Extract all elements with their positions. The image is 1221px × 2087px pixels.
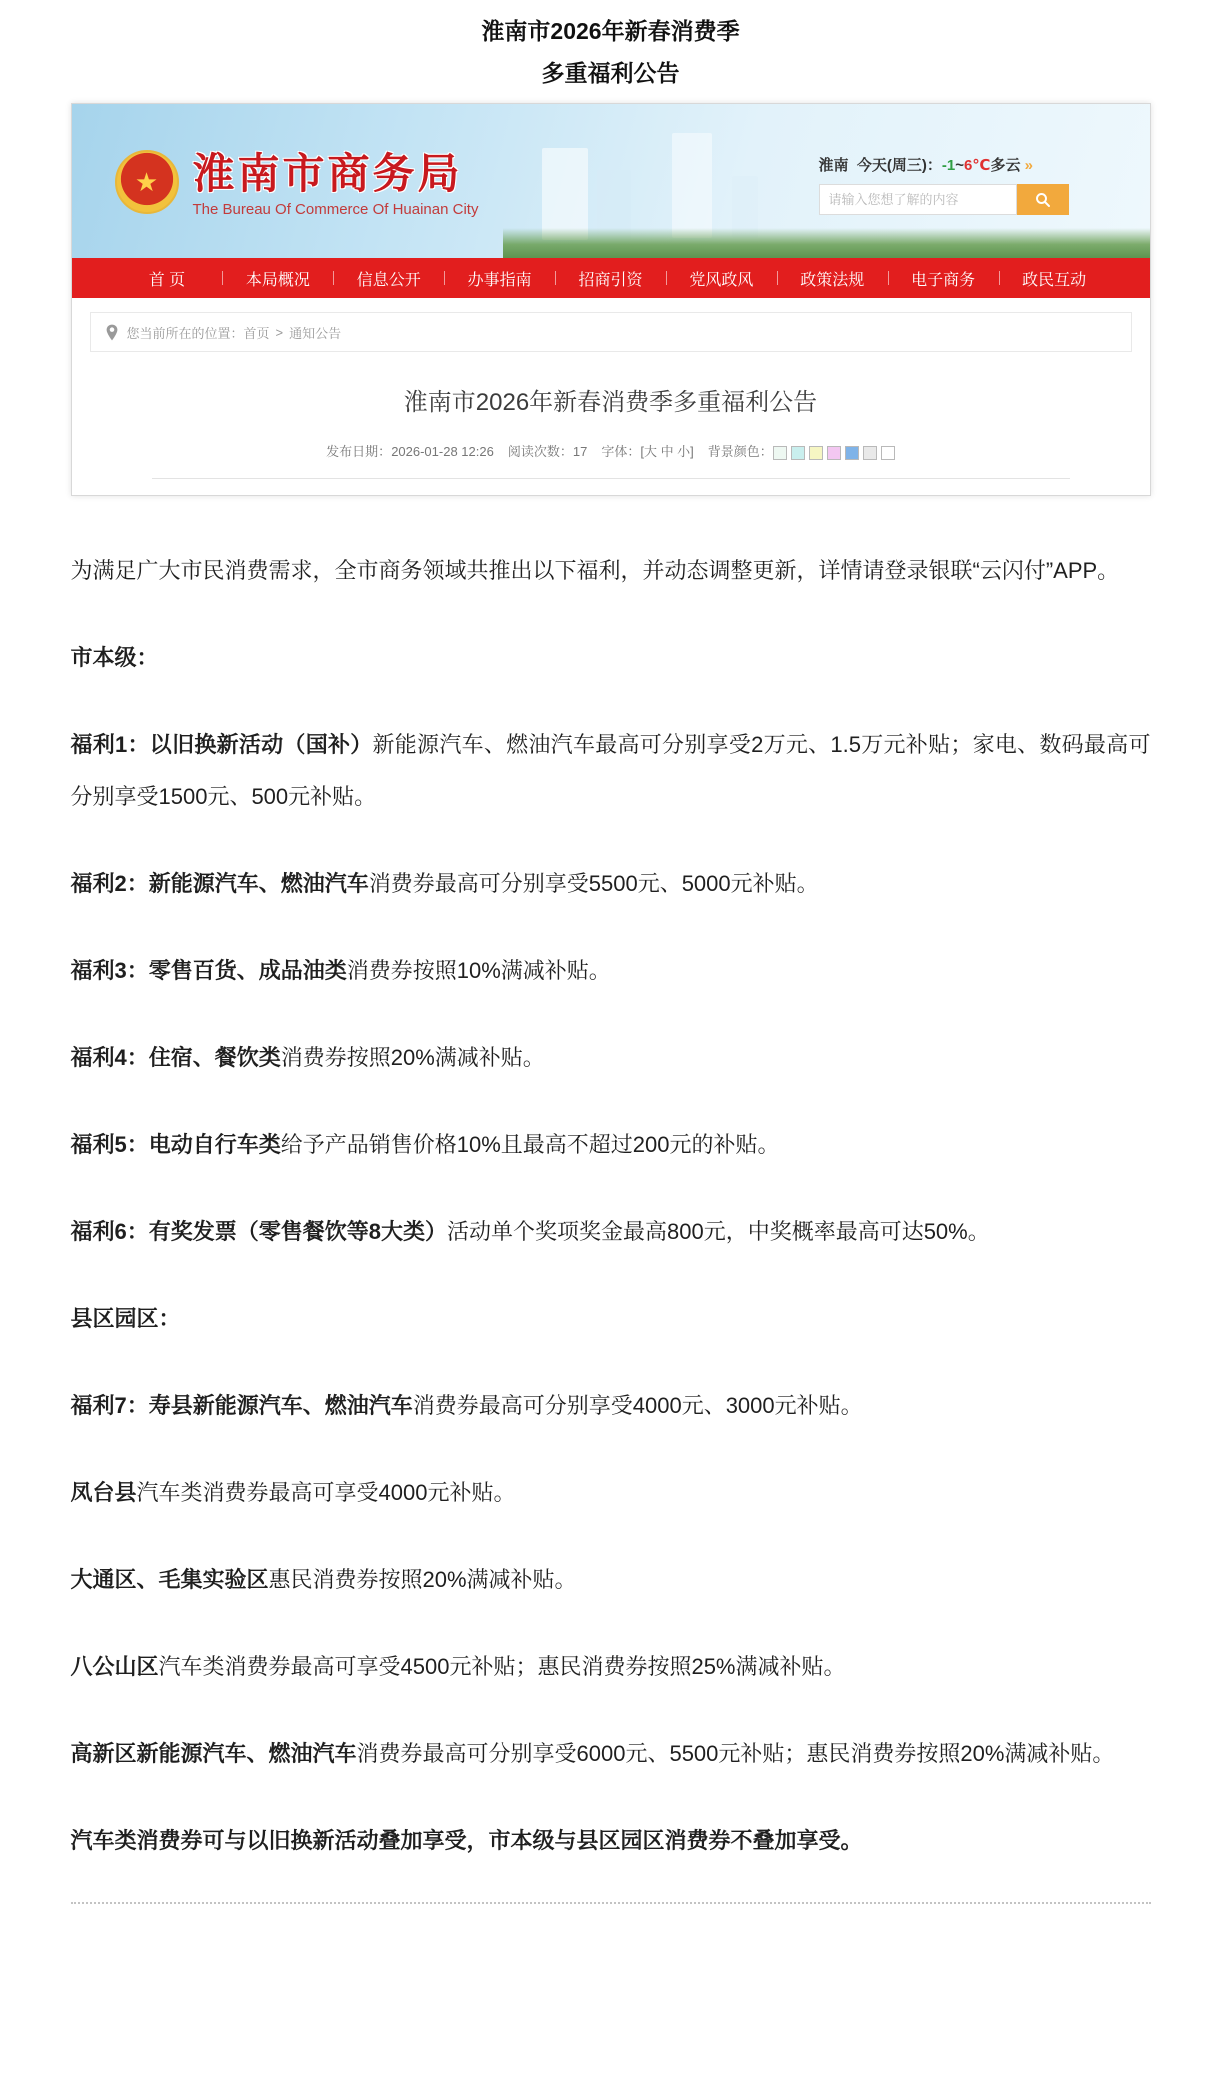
site-name: 淮南市商务局 [193,150,479,198]
weather-label: 今天(周三)： [857,157,942,174]
bg-color-swatch[interactable] [809,446,823,460]
search-button[interactable] [1017,184,1069,215]
breadcrumb-current-link[interactable]: 通知公告 [289,323,341,342]
weather-tilde: ~ [955,157,964,174]
breadcrumb-home-link[interactable]: 首页 [244,323,270,342]
nav-item[interactable]: 招商引资 [555,258,666,298]
bg-color-swatch[interactable] [881,446,895,460]
search-icon [1034,191,1052,209]
article-paragraph: 县区园区： [71,1293,1151,1345]
site-banner: ★ 淮南市商务局 The Bureau Of Commerce Of Huain… [72,104,1150,258]
location-pin-icon [105,324,119,341]
publish-date: 发布日期：2026-01-28 12:26 [326,441,494,460]
nav-item[interactable]: 信息公开 [333,258,444,298]
nav-item[interactable]: 首 页 [112,258,223,298]
nav-item[interactable]: 办事指南 [444,258,555,298]
weather-high-temp: 6℃ [964,157,991,174]
bg-color-swatch[interactable] [773,446,787,460]
weather-city: 淮南 [819,157,849,174]
article-paragraph: 大通区、毛集实验区惠民消费券按照20%满减补贴。 [71,1554,1151,1606]
national-emblem-icon: ★ [115,150,179,214]
article-paragraph: 福利1：以旧换新活动（国补）新能源汽车、燃油汽车最高可分别享受2万元、1.5万元… [71,719,1151,823]
breadcrumb: 您当前所在的位置： 首页 > 通知公告 [90,312,1132,352]
site-name-english: The Bureau Of Commerce Of Huainan City [193,201,479,218]
article-paragraph: 福利6：有奖发票（零售餐饮等8大类）活动单个奖项奖金最高800元，中奖概率最高可… [71,1206,1151,1258]
article-paragraph: 市本级： [71,632,1151,684]
headline-line2: 多重福利公告 [71,52,1151,94]
breadcrumb-separator: > [276,325,284,340]
article-paragraph: 福利2：新能源汽车、燃油汽车消费券最高可分别享受5500元、5000元补贴。 [71,858,1151,910]
article-paragraph: 八公山区汽车类消费券最高可享受4500元补贴；惠民消费券按照25%满减补贴。 [71,1641,1151,1693]
bg-color-swatch[interactable] [791,446,805,460]
article-paragraph: 为满足广大市民消费需求，全市商务领域共推出以下福利，并动态调整更新，详情请登录银… [71,545,1151,597]
article-paragraph: 汽车类消费券可与以旧换新活动叠加享受，市本级与县区园区消费券不叠加享受。 [71,1815,1151,1867]
article-meta: 发布日期：2026-01-28 12:26 阅读次数：17 字体：[大 中 小]… [72,441,1150,460]
article-title: 淮南市2026年新春消费季多重福利公告 [72,382,1150,417]
weather-low-temp: -1 [942,157,955,174]
article-paragraph: 凤台县汽车类消费券最高可享受4000元补贴。 [71,1467,1151,1519]
building-silhouette [672,133,712,238]
article-paragraph: 福利5：电动自行车类给予产品销售价格10%且最高不超过200元的补贴。 [71,1119,1151,1171]
article-paragraph: 福利7：寿县新能源汽车、燃油汽车消费券最高可分别享受4000元、3000元补贴。 [71,1380,1151,1432]
bg-color-swatch[interactable] [845,446,859,460]
announcement-headline: 淮南市2026年新春消费季 多重福利公告 [71,0,1151,94]
trees-strip [503,228,1150,258]
background-color-picker: 背景颜色： [708,441,895,460]
article-paragraph: 福利4：住宿、餐饮类消费券按照20%满减补贴。 [71,1032,1151,1084]
search-input[interactable] [819,184,1017,215]
weather-info[interactable]: 淮南 今天(周三)：-1~6℃多云 » [819,154,1075,175]
nav-item[interactable]: 政策法规 [777,258,888,298]
nav-item[interactable]: 本局概况 [222,258,333,298]
weather-desc: 多云 [990,157,1020,174]
article-paragraph: 高新区新能源汽车、燃油汽车消费券最高可分别享受6000元、5500元补贴；惠民消… [71,1728,1151,1780]
headline-line1: 淮南市2026年新春消费季 [71,10,1151,52]
website-screenshot: ★ 淮南市商务局 The Bureau Of Commerce Of Huain… [71,103,1151,496]
breadcrumb-prefix: 您当前所在的位置： [127,323,244,342]
main-navigation: 首 页本局概况信息公开办事指南招商引资党风政风政策法规电子商务政民互动 [72,258,1150,298]
bg-color-swatch[interactable] [863,446,877,460]
article-paragraph: 福利3：零售百货、成品油类消费券按照10%满减补贴。 [71,945,1151,997]
nav-item[interactable]: 党风政风 [666,258,777,298]
building-silhouette [542,148,588,240]
site-brand: ★ 淮南市商务局 The Bureau Of Commerce Of Huain… [115,150,479,218]
article-body: 为满足广大市民消费需求，全市商务领域共推出以下福利，并动态调整更新，详情请登录银… [71,545,1151,1867]
bg-color-swatch[interactable] [827,446,841,460]
view-count: 阅读次数：17 [508,441,587,460]
font-size-switch[interactable]: 字体：[大 中 小] [601,441,693,460]
nav-item[interactable]: 电子商务 [888,258,999,298]
page: 淮南市2026年新春消费季 多重福利公告 ★ 淮南市商务局 The Bureau… [0,0,1221,1944]
weather-more-arrow[interactable]: » [1025,157,1033,174]
nav-item[interactable]: 政民互动 [999,258,1110,298]
article-divider [152,478,1070,479]
